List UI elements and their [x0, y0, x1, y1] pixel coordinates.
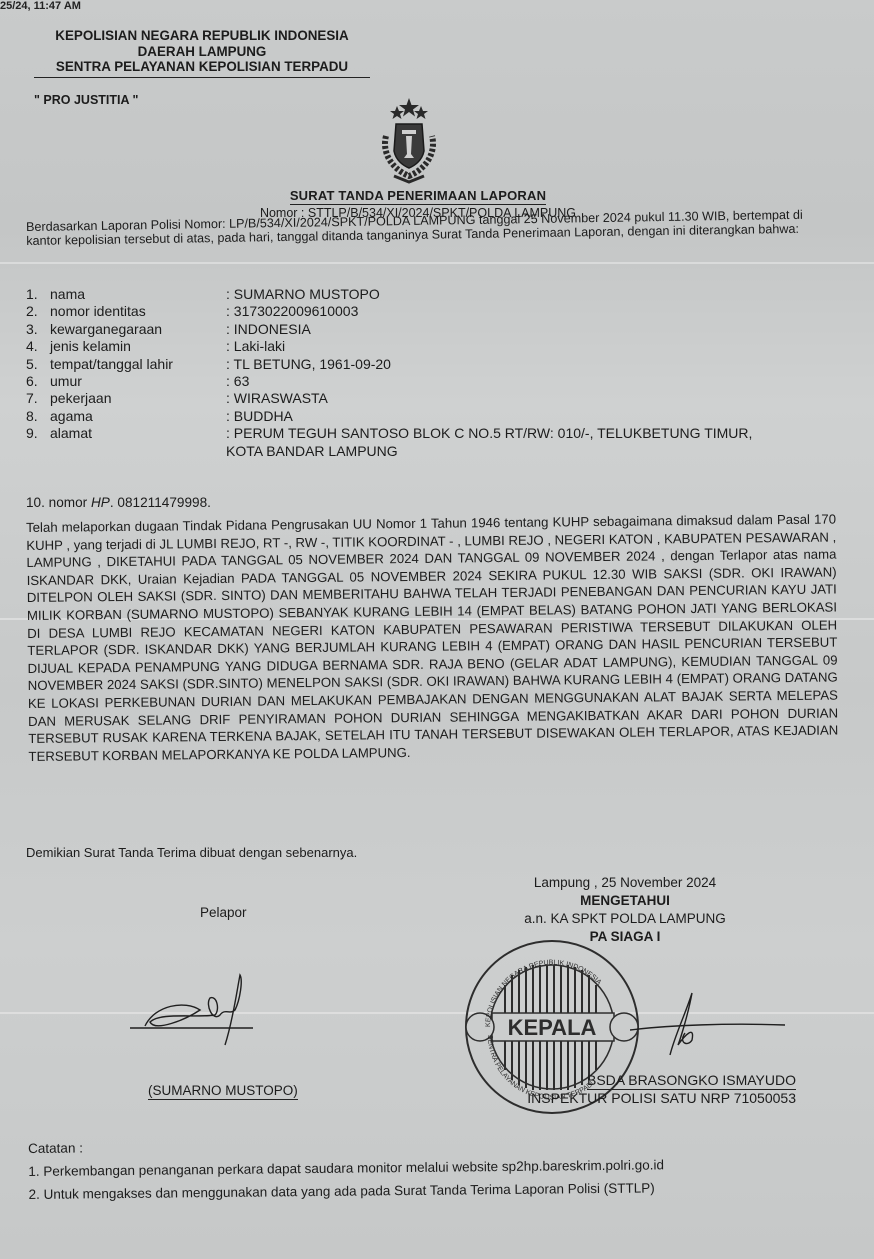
field-number: 5.	[26, 356, 50, 373]
field-label: jenis kelamin	[50, 338, 226, 355]
officer-signature-icon	[630, 985, 790, 1060]
field-label: tempat/tanggal lahir	[50, 356, 226, 373]
identity-field-row: 6.umur: 63	[26, 373, 786, 390]
field-number: 4.	[26, 338, 50, 355]
officer-rank: INSPEKTUR POLISI SATU NRP 71050053	[478, 1090, 796, 1107]
field-value: : WIRASWASTA	[226, 390, 786, 407]
field-number: 9.	[26, 425, 50, 460]
organization-header: KEPOLISIAN NEGARA REPUBLIK INDONESIA DAE…	[34, 28, 370, 78]
field-number: 8.	[26, 408, 50, 425]
notes-section: Catatan : 1. Perkembangan penanganan per…	[28, 1130, 664, 1206]
org-line-2: DAERAH LAMPUNG	[34, 44, 370, 60]
officer-block: BSDA BRASONGKO ISMAYUDO INSPEKTUR POLISI…	[478, 1072, 796, 1107]
police-emblem-icon	[364, 96, 454, 186]
identity-field-row: 2.nomor identitas: 3173022009610003	[26, 303, 786, 320]
document-heading: SURAT TANDA PENERIMAAN LAPORAN	[290, 188, 546, 205]
field-number: 2.	[26, 303, 50, 320]
field-number: 6.	[26, 373, 50, 390]
pro-justitia: " PRO JUSTITIA "	[34, 93, 138, 107]
field-label: nama	[50, 286, 226, 303]
print-timestamp: 25/24, 11:47 AM	[0, 0, 81, 12]
phone-prefix: 10. nomor	[26, 495, 91, 510]
reporter-identity-list: 1.nama: SUMARNO MUSTOPO2.nomor identitas…	[26, 286, 786, 460]
identity-field-row: 8.agama: BUDDHA	[26, 408, 786, 425]
field-number: 3.	[26, 321, 50, 338]
reporter-signature-icon	[125, 970, 265, 1050]
identity-field-row: 3.kewarganegaraan: INDONESIA	[26, 321, 786, 338]
reporter-label: Pelapor	[200, 905, 247, 920]
field-value: : 63	[226, 373, 786, 390]
stamp-center-text: KEPALA	[508, 1015, 597, 1040]
identity-field-row: 5.tempat/tanggal lahir: TL BETUNG, 1961-…	[26, 356, 786, 373]
field-value: : 3173022009610003	[226, 303, 786, 320]
field-label: kewarganegaraan	[50, 321, 226, 338]
officer-name: BSDA BRASONGKO ISMAYUDO	[587, 1072, 796, 1090]
report-narrative: Telah melaporkan dugaan Tindak Pidana Pe…	[26, 511, 839, 766]
field-label: pekerjaan	[50, 390, 226, 407]
field-label: umur	[50, 373, 226, 390]
phone-number-row: 10. nomor HP. 081211479998.	[26, 495, 211, 510]
phone-value: . 081211479998.	[110, 495, 211, 510]
identity-field-row: 4.jenis kelamin: Laki-laki	[26, 338, 786, 355]
org-line-3: SENTRA PELAYANAN KEPOLISIAN TERPADU	[34, 59, 370, 78]
field-label: agama	[50, 408, 226, 425]
field-value: : Laki-laki	[226, 338, 786, 355]
field-value: : BUDDHA	[226, 408, 786, 425]
identity-field-row: 1.nama: SUMARNO MUSTOPO	[26, 286, 786, 303]
identity-field-row: 9.alamat: PERUM TEGUH SANTOSO BLOK C NO.…	[26, 425, 786, 460]
closing-statement: Demikian Surat Tanda Terima dibuat denga…	[26, 845, 357, 860]
identity-field-row: 7.pekerjaan: WIRASWASTA	[26, 390, 786, 407]
org-line-1: KEPOLISIAN NEGARA REPUBLIK INDONESIA	[34, 28, 370, 44]
field-number: 1.	[26, 286, 50, 303]
place-date: Lampung , 25 November 2024	[495, 874, 755, 892]
field-value: : PERUM TEGUH SANTOSO BLOK C NO.5 RT/RW:…	[226, 425, 786, 460]
intro-paragraph: Berdasarkan Laporan Polisi Nomor: LP/B/5…	[26, 209, 821, 248]
paper-fold	[0, 262, 874, 264]
field-value: : INDONESIA	[226, 321, 786, 338]
field-value: : TL BETUNG, 1961-09-20	[226, 356, 786, 373]
on-behalf-label: a.n. KA SPKT POLDA LAMPUNG	[495, 910, 755, 928]
field-label: nomor identitas	[50, 303, 226, 320]
field-label: alamat	[50, 425, 226, 460]
reporter-name: (SUMARNO MUSTOPO)	[148, 1083, 298, 1100]
phone-label: HP	[91, 495, 110, 510]
field-value: : SUMARNO MUSTOPO	[226, 286, 786, 303]
mengetahui-label: MENGETAHUI	[495, 892, 755, 910]
field-number: 7.	[26, 390, 50, 407]
